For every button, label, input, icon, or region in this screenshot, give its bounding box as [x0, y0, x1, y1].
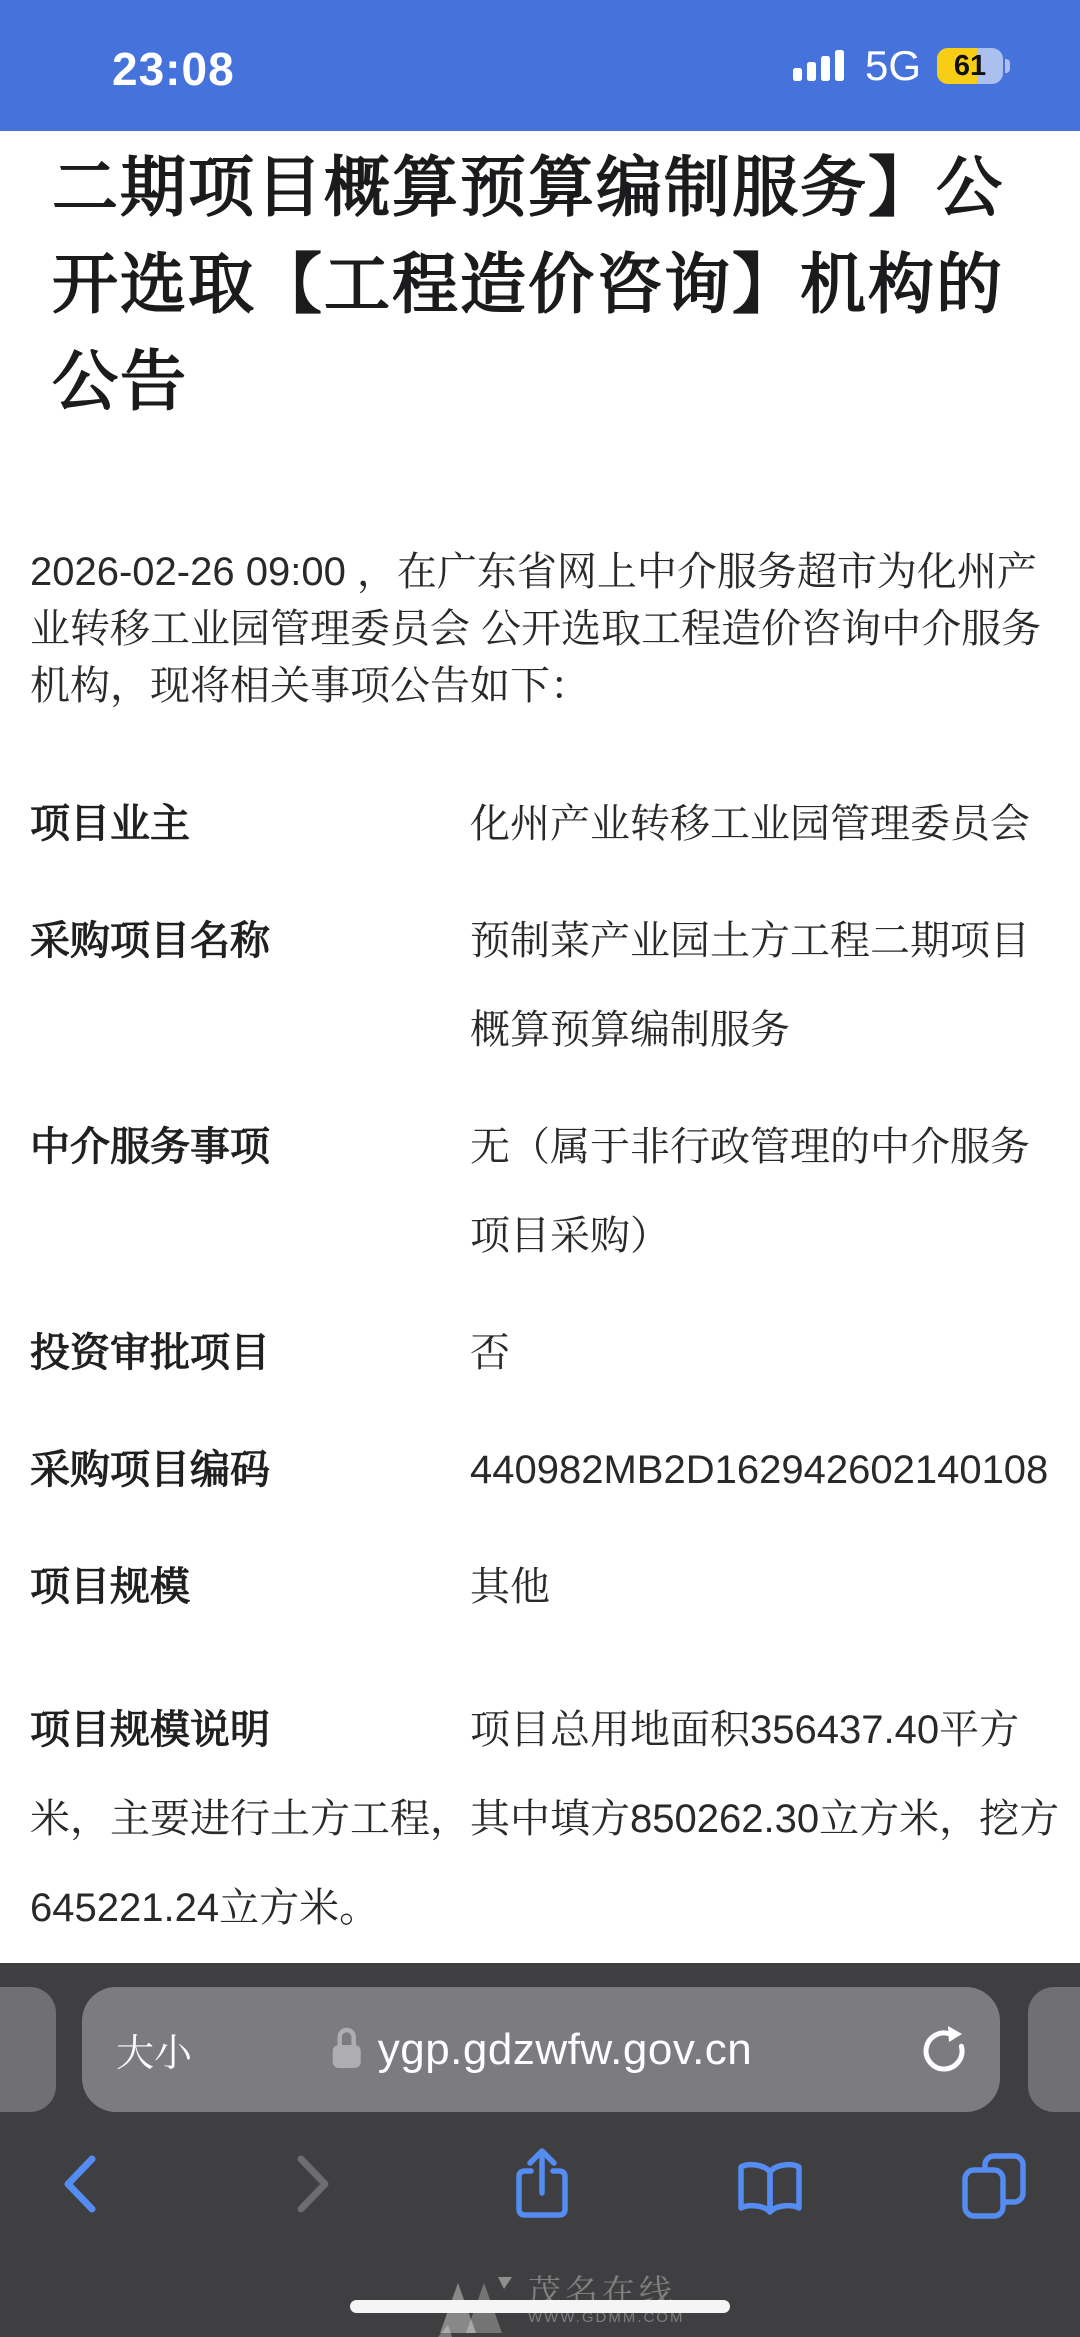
- table-row: 投资审批项目 否: [30, 1309, 1050, 1426]
- scale-value-line: 645221.24立方米。: [30, 1864, 1050, 1953]
- battery-body: 61: [937, 48, 1003, 84]
- book-icon: [733, 2208, 807, 2223]
- intro-line: 机构，现将相关事项公告如下：: [30, 658, 1050, 715]
- row-label: 项目业主: [30, 780, 470, 869]
- battery-indicator: 61: [937, 48, 1010, 84]
- page-title: 二期项目概算预算编制服务】公 开选取【工程造价咨询】机构的 公告: [52, 139, 1040, 430]
- previous-tab-stub[interactable]: [0, 1987, 56, 2112]
- bookmarks-button[interactable]: [733, 2160, 807, 2223]
- title-line: 二期项目概算预算编制服务】公: [52, 139, 1040, 236]
- scale-description-row: 项目规模说明项目总用地面积356437.40平方 米，主要进行土方工程，其中填方…: [30, 1686, 1050, 1953]
- battery-nub: [1005, 59, 1010, 73]
- tabs-button[interactable]: [961, 2152, 1027, 2223]
- row-label: 投资审批项目: [30, 1309, 470, 1398]
- intro-line: 2026-02-26 09:00 ，在广东省网上中介服务超市为化州产: [30, 544, 1050, 601]
- row-label: 项目规模: [30, 1543, 470, 1632]
- tabs-icon: [961, 2208, 1027, 2223]
- home-indicator[interactable]: [350, 2300, 730, 2313]
- scale-value-line: 项目总用地面积356437.40平方: [470, 1708, 1019, 1752]
- row-label: 采购项目编码: [30, 1426, 470, 1515]
- scale-value-line: 米，主要进行土方工程，其中填方850262.30立方米，挖方: [30, 1775, 1050, 1864]
- page-content: 二期项目概算预算编制服务】公 开选取【工程造价咨询】机构的 公告 2026-02…: [0, 131, 1080, 1953]
- battery-percent-label: 61: [937, 48, 1003, 84]
- project-info-table: 项目业主 化州产业转移工业园管理委员会 采购项目名称 预制菜产业园土方工程二期项…: [30, 780, 1050, 1660]
- table-row: 项目规模 其他: [30, 1543, 1050, 1660]
- row-label: 采购项目名称: [30, 897, 470, 986]
- table-row: 中介服务事项 无（属于非行政管理的中介服务项目采购）: [30, 1103, 1050, 1309]
- next-tab-stub[interactable]: [1028, 1987, 1080, 2112]
- forward-button[interactable]: [296, 2155, 330, 2216]
- font-size-button[interactable]: 大小: [116, 1987, 192, 2112]
- row-value: 化州产业转移工业园管理委员会: [470, 780, 1050, 869]
- back-chevron-icon: [63, 2201, 97, 2216]
- table-row: 项目业主 化州产业转移工业园管理委员会: [30, 780, 1050, 897]
- share-button[interactable]: [511, 2145, 573, 2222]
- intro-line: 业转移工业园管理委员会 公开选取工程造价咨询中介服务: [30, 601, 1050, 658]
- share-icon: [511, 2207, 573, 2222]
- refresh-button[interactable]: [918, 2024, 970, 2079]
- status-bar: 23:08 5G 61: [0, 0, 1080, 131]
- address-bar[interactable]: 大小 ygp.gdzwfw.gov.cn: [82, 1987, 1000, 2112]
- refresh-icon: [918, 2064, 970, 2079]
- row-value: 否: [470, 1309, 1050, 1398]
- forward-chevron-icon: [296, 2201, 330, 2216]
- intro-paragraph: 2026-02-26 09:00 ，在广东省网上中介服务超市为化州产 业转移工业…: [30, 544, 1050, 715]
- row-label: 项目规模说明: [30, 1686, 470, 1775]
- back-button[interactable]: [63, 2155, 97, 2216]
- row-value: 无（属于非行政管理的中介服务项目采购）: [470, 1103, 1050, 1281]
- clock-label: 23:08: [112, 42, 235, 96]
- row-value: 440982MB2D162942602140108: [470, 1426, 1050, 1515]
- status-indicators: 5G 61: [793, 40, 1010, 92]
- table-row: 采购项目编码 440982MB2D162942602140108: [30, 1426, 1050, 1543]
- row-value: 其他: [470, 1543, 1050, 1632]
- table-row: 采购项目名称 预制菜产业园土方工程二期项目概算预算编制服务: [30, 897, 1050, 1103]
- url-text: ygp.gdzwfw.gov.cn: [378, 2025, 753, 2075]
- scale-first-line: 项目规模说明项目总用地面积356437.40平方: [30, 1686, 1050, 1775]
- iphone-screen: 23:08 5G 61 二期项目概算预算编制服务】: [0, 0, 1080, 2337]
- browser-toolbar: 大小 ygp.gdzwfw.gov.cn: [0, 1963, 1080, 2337]
- title-line: 开选取【工程造价咨询】机构的: [52, 236, 1040, 333]
- row-label: 中介服务事项: [30, 1103, 470, 1192]
- row-value: 预制菜产业园土方工程二期项目概算预算编制服务: [470, 897, 1050, 1075]
- network-type-label: 5G: [865, 42, 921, 90]
- url-display[interactable]: ygp.gdzwfw.gov.cn: [330, 1987, 753, 2112]
- cellular-signal-icon: [793, 46, 849, 87]
- lock-icon: [330, 2024, 364, 2075]
- title-line: 公告: [52, 333, 1040, 430]
